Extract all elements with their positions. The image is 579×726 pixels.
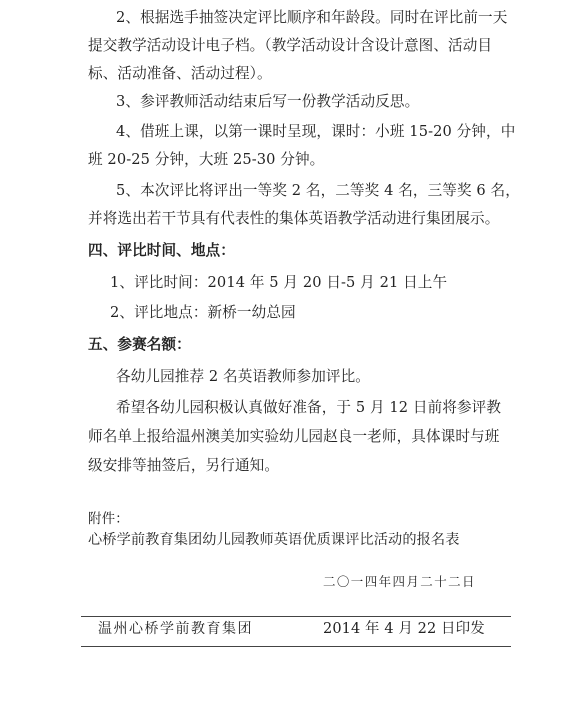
footer-issuer: 温州心桥学前教育集团 (98, 619, 253, 639)
footer-issued-date: 2014 年 4 月 22 日印发 (323, 619, 485, 639)
closing-line-3: 级安排等抽签后，另行通知。 (88, 456, 279, 476)
attachment-title: 心桥学前教育集团幼儿园教师英语优质课评比活动的报名表 (88, 530, 459, 550)
paragraph-item-2-line-2: 提交教学活动设计电子档。（教学活动设计含设计意图、活动目 (88, 36, 492, 56)
paragraph-item-2-line-3: 标、活动准备、活动过程）。 (88, 64, 272, 84)
paragraph-item-4-line-1: 4、借班上课，以第一课时呈现，课时：小班 15-20 分钟，中 (116, 122, 515, 142)
closing-line-2: 师名单上报给温州澳美加实验幼儿园赵良一老师，具体课时与班 (88, 427, 499, 447)
paragraph-item-2-line-1: 2、根据选手抽签决定评比顺序和年龄段。同时在评比前一天 (116, 8, 507, 28)
closing-line-1: 希望各幼儿园积极认真做好准备，于 5 月 12 日前将参评教 (116, 398, 501, 418)
section-4-item-time: 1、评比时间：2014 年 5 月 20 日-5 月 21 日上午 (110, 273, 447, 293)
footer-bottom-rule (81, 646, 511, 647)
paragraph-item-3: 3、参评教师活动结束后写一份教学活动反思。 (116, 92, 419, 112)
document-date: 二〇一四年四月二十二日 (323, 572, 476, 592)
attachment-label: 附件： (88, 509, 129, 529)
paragraph-item-4-line-2: 班 20-25 分钟，大班 25-30 分钟。 (88, 150, 324, 170)
section-5-text: 各幼儿园推荐 2 名英语教师参加评比。 (116, 367, 370, 387)
paragraph-item-5-line-2: 并将选出若干节具有代表性的集体英语教学活动进行集团展示。 (88, 209, 499, 229)
section-4-heading: 四、评比时间、地点： (88, 241, 235, 261)
paragraph-item-5-line-1: 5、本次评比将评出一等奖 2 名，二等奖 4 名，三等奖 6 名， (116, 181, 520, 201)
section-4-item-location: 2、评比地点：新桥一幼总园 (110, 303, 296, 323)
section-5-heading: 五、参赛名额： (88, 335, 191, 355)
footer-top-rule (81, 616, 511, 617)
